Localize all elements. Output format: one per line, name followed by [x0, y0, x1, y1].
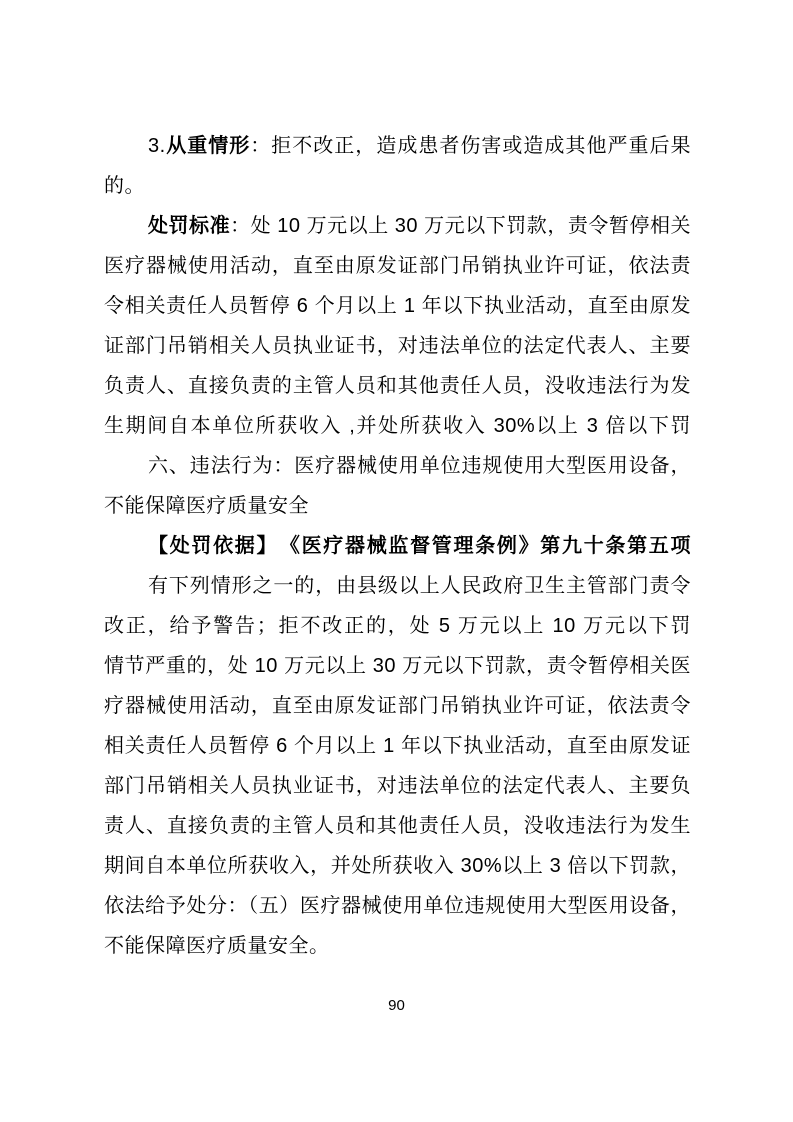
text-run: ：拒不改正，造成患者伤害或造成其他严重后果	[250, 135, 691, 157]
text-run: 令相关责任人员暂停 6 个月以上 1 年以下执业活动，直至由原发	[104, 295, 691, 317]
paragraph-aggravating-circumstances: 3.从重情形：拒不改正，造成患者伤害或造成其他严重后果的。	[104, 126, 691, 206]
text-run: 期间自本单位所获收入，并处所获收入 30%以上 3 倍以下罚款，	[104, 855, 691, 877]
text-line: 的。	[104, 166, 691, 206]
text-line: 疗器械使用活动，直至由原发证部门吊销执业许可证，依法责令	[104, 686, 691, 726]
text-run: 疗器械使用活动，直至由原发证部门吊销执业许可证，依法责令	[104, 695, 691, 717]
bold-text-run: 【处罚依据】 《医疗器械监督管理条例》第九十条第五项	[148, 535, 691, 557]
text-line: 医疗器械使用活动，直至由原发证部门吊销执业许可证，依法责	[104, 246, 691, 286]
text-line: 3.从重情形：拒不改正，造成患者伤害或造成其他严重后果	[104, 126, 691, 166]
document-body: 3.从重情形：拒不改正，造成患者伤害或造成其他严重后果的。处罚标准：处 10 万…	[104, 126, 691, 966]
text-line: 负责人、直接负责的主管人员和其他责任人员，没收违法行为发	[104, 366, 691, 406]
text-run: 责人、直接负责的主管人员和其他责任人员，没收违法行为发生	[104, 815, 691, 837]
text-run: 部门吊销相关人员执业证书，对违法单位的法定代表人、主要负	[104, 775, 691, 797]
text-run: 相关责任人员暂停 6 个月以上 1 年以下执业活动，直至由原发证	[104, 735, 691, 757]
text-run: 医疗器械使用活动，直至由原发证部门吊销执业许可证，依法责	[104, 255, 691, 277]
text-line: 处罚标准：处 10 万元以上 30 万元以下罚款，责令暂停相关	[104, 206, 691, 246]
text-line: 令相关责任人员暂停 6 个月以上 1 年以下执业活动，直至由原发	[104, 286, 691, 326]
text-run: 3.	[148, 135, 166, 157]
page-number: 90	[0, 996, 793, 1016]
text-run: 改正，给予警告；拒不改正的，处 5 万元以上 10 万元以下罚款；	[104, 615, 691, 646]
text-line: 不能保障医疗质量安全。	[104, 926, 691, 966]
paragraph-penalty-basis-heading: 【处罚依据】 《医疗器械监督管理条例》第九十条第五项	[104, 526, 691, 566]
text-line: 六、违法行为：医疗器械使用单位违规使用大型医用设备，	[104, 446, 691, 486]
text-line: 生期间自本单位所获收入 ,并处所获收入 30%以上 3 倍以下罚款。	[104, 406, 691, 446]
document-page: 3.从重情形：拒不改正，造成患者伤害或造成其他严重后果的。处罚标准：处 10 万…	[0, 0, 793, 1122]
text-line: 责人、直接负责的主管人员和其他责任人员，没收违法行为发生	[104, 806, 691, 846]
text-line: 不能保障医疗质量安全	[104, 486, 691, 526]
text-run: 六、违法行为：医疗器械使用单位违规使用大型医用设备，	[148, 455, 691, 477]
paragraph-penalty-standard: 处罚标准：处 10 万元以上 30 万元以下罚款，责令暂停相关医疗器械使用活动，…	[104, 206, 691, 446]
text-run: 证部门吊销相关人员执业证书，对违法单位的法定代表人、主要	[104, 335, 691, 357]
text-run: 有下列情形之一的，由县级以上人民政府卫生主管部门责令	[148, 575, 691, 597]
text-run: 的。	[104, 175, 145, 197]
paragraph-regulation-article-ninety: 有下列情形之一的，由县级以上人民政府卫生主管部门责令改正，给予警告；拒不改正的，…	[104, 566, 691, 966]
text-run: 生期间自本单位所获收入 ,并处所获收入 30%以上 3 倍以下罚款。	[104, 415, 691, 446]
text-line: 依法给予处分：（五）医疗器械使用单位违规使用大型医用设备，	[104, 886, 691, 926]
text-run: 负责人、直接负责的主管人员和其他责任人员，没收违法行为发	[104, 375, 691, 397]
text-line: 改正，给予警告；拒不改正的，处 5 万元以上 10 万元以下罚款；	[104, 606, 691, 646]
text-run: 情节严重的，处 10 万元以上 30 万元以下罚款，责令暂停相关医	[104, 655, 691, 677]
text-line: 期间自本单位所获收入，并处所获收入 30%以上 3 倍以下罚款，	[104, 846, 691, 886]
text-line: 相关责任人员暂停 6 个月以上 1 年以下执业活动，直至由原发证	[104, 726, 691, 766]
text-line: 情节严重的，处 10 万元以上 30 万元以下罚款，责令暂停相关医	[104, 646, 691, 686]
bold-text-run: 处罚标准	[148, 215, 230, 237]
text-run: 不能保障医疗质量安全。	[104, 935, 330, 957]
text-line: 部门吊销相关人员执业证书，对违法单位的法定代表人、主要负	[104, 766, 691, 806]
text-line: 有下列情形之一的，由县级以上人民政府卫生主管部门责令	[104, 566, 691, 606]
text-run: 依法给予处分：（五）医疗器械使用单位违规使用大型医用设备，	[104, 895, 691, 917]
text-run: 不能保障医疗质量安全	[104, 495, 309, 517]
text-run: ：处 10 万元以上 30 万元以下罚款，责令暂停相关	[230, 215, 691, 237]
paragraph-violation-six: 六、违法行为：医疗器械使用单位违规使用大型医用设备，不能保障医疗质量安全	[104, 446, 691, 526]
bold-text-run: 从重情形	[166, 135, 251, 157]
text-line: 【处罚依据】 《医疗器械监督管理条例》第九十条第五项	[104, 526, 691, 566]
text-line: 证部门吊销相关人员执业证书，对违法单位的法定代表人、主要	[104, 326, 691, 366]
